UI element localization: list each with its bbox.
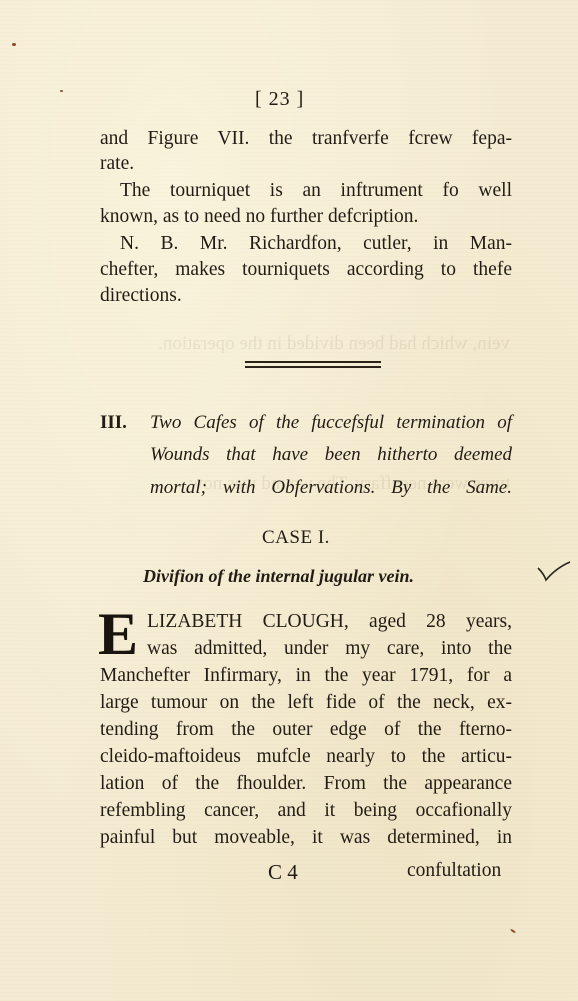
text-line: refembling cancer, and it being occafion…	[100, 800, 512, 822]
section-numeral: III.	[100, 412, 127, 434]
text-line: cleido-maftoideus mufcle nearly to the a…	[100, 746, 512, 768]
text-line: and Figure VII. the tranfverfe fcrew fep…	[100, 128, 512, 150]
section-title-line: Two Cafes of the fuccefsful termination …	[150, 412, 512, 434]
section-divider	[245, 366, 381, 368]
text-line: lation of the fhoulder. From the appeara…	[100, 773, 512, 795]
text-line: The tourniquet is an inftrument fo well	[120, 180, 512, 202]
case-subheading: Divifion of the internal jugular vein.	[143, 566, 414, 587]
signature-mark: C 4	[268, 860, 298, 885]
case-heading: CASE I.	[262, 527, 330, 549]
text-line: painful but moveable, it was determined,…	[100, 827, 512, 849]
checkmark-icon	[536, 560, 572, 584]
section-title-line: mortal; with Obfervations. By the Same.	[150, 477, 512, 499]
drop-cap: E	[98, 608, 138, 660]
page-number: [ 23 ]	[255, 88, 304, 111]
text-line: directions.	[100, 285, 182, 307]
text-line: rate.	[100, 153, 134, 175]
paper-speck	[12, 43, 16, 46]
text-line: tending from the outer edge of the ftern…	[100, 719, 512, 741]
bleed-through-text: vein, which had been divided in the oper…	[100, 330, 510, 357]
text-line: chefter, makes tourniquets according to …	[100, 259, 512, 281]
catchword: confultation	[407, 860, 501, 882]
section-title-line: Wounds that have been hitherto deemed	[150, 444, 512, 466]
text-line: known, as to need no further defcription…	[100, 206, 418, 228]
paper-speck	[60, 90, 63, 92]
text-line: was admitted, under my care, into the	[147, 638, 512, 660]
text-line: Manchefter Infirmary, in the year 1791, …	[100, 665, 512, 687]
text-line: large tumour on the left fide of the nec…	[100, 692, 512, 714]
text-line: N. B. Mr. Richardfon, cutler, in Man-	[120, 233, 512, 255]
book-page: vein, which had been divided in the oper…	[0, 0, 578, 1001]
section-divider	[245, 361, 381, 363]
paper-speck	[510, 928, 516, 933]
text-line: LIZABETH CLOUGH, aged 28 years,	[147, 611, 512, 633]
